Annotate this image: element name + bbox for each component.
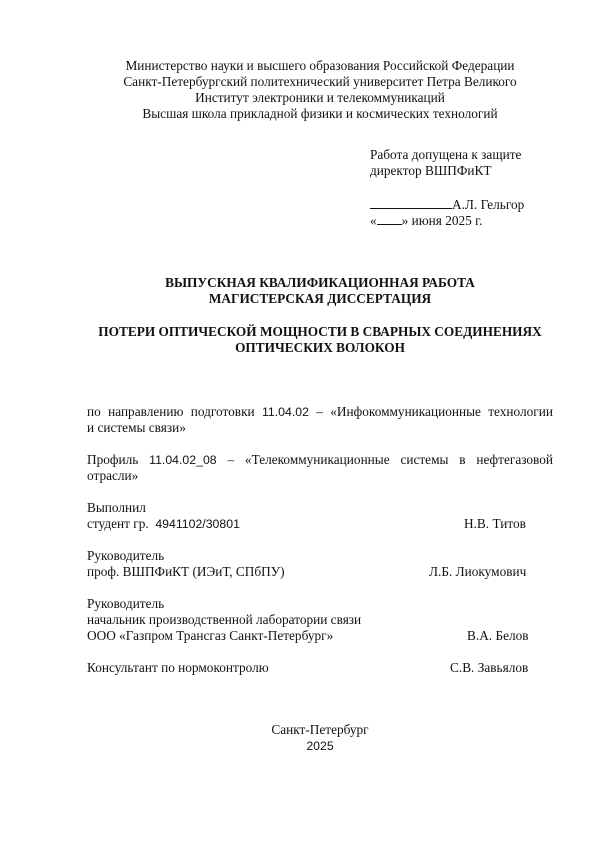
approval-line-2: директор ВШПФиКТ	[370, 163, 524, 179]
thesis-topic-line-2: ОПТИЧЕСКИХ ВОЛОКОН	[0, 340, 595, 356]
direction-paragraph: по направлению подготовки 11.04.02 – «Ин…	[87, 404, 553, 436]
supervisor-role: Руководитель	[87, 548, 553, 564]
profile-prefix: Профиль	[87, 452, 149, 467]
date-rest: » июня 2025 г.	[402, 213, 483, 228]
degree-type: МАГИСТЕРСКАЯ ДИССЕРТАЦИЯ	[0, 291, 595, 307]
footer: Санкт-Петербург 2025	[0, 722, 595, 754]
institute-name: Институт электроники и телекоммуникаций	[0, 90, 595, 106]
city: Санкт-Петербург	[0, 722, 595, 738]
work-type: ВЫПУСКНАЯ КВАЛИФИКАЦИОННАЯ РАБОТА	[0, 275, 595, 291]
signature-line: А.Л. Гельгор	[370, 196, 524, 212]
thesis-topic-line-1: ПОТЕРИ ОПТИЧЕСКОЙ МОЩНОСТИ В СВАРНЫХ СОЕ…	[0, 324, 595, 340]
profile-code: 11.04.02_08	[149, 453, 216, 467]
author-position-prefix: студент гр.	[87, 516, 155, 531]
co-supervisor-block: Руководитель начальник производственной …	[87, 596, 553, 644]
direction-text-line-2: и системы связи»	[87, 420, 553, 436]
co-supervisor-position-1: начальник производственной лаборатории с…	[87, 612, 553, 628]
ministry-name: Министерство науки и высшего образования…	[0, 58, 595, 74]
consultant-row: Консультант по нормоконтролю С.В. Завьял…	[87, 660, 553, 676]
profile-paragraph: Профиль 11.04.02_08 – «Телекоммуникацион…	[87, 452, 553, 484]
approval-date: «» июня 2025 г.	[370, 212, 524, 228]
university-name: Санкт-Петербургский политехнический унив…	[0, 74, 595, 90]
consultant-name: С.В. Завьялов	[450, 660, 528, 676]
co-supervisor-position-2: ООО «Газпром Трансгаз Санкт-Петербург»	[87, 628, 333, 643]
supervisor-position: проф. ВШПФиКТ (ИЭиТ, СПбПУ)	[87, 564, 285, 579]
consultant-block: Консультант по нормоконтролю С.В. Завьял…	[87, 660, 553, 676]
approval-signatory: А.Л. Гельгор	[452, 197, 524, 212]
institution-header: Министерство науки и высшего образования…	[0, 58, 595, 122]
approval-block: Работа допущена к защите директор ВШПФиК…	[370, 147, 524, 228]
approval-line-1: Работа допущена к защите	[370, 147, 524, 163]
author-name: Н.В. Титов	[464, 516, 526, 532]
title-block: ВЫПУСКНАЯ КВАЛИФИКАЦИОННАЯ РАБОТА МАГИСТ…	[0, 275, 595, 356]
school-name: Высшая школа прикладной физики и космиче…	[0, 106, 595, 122]
author-role: Выполнил	[87, 500, 553, 516]
author-group: 4941102/30801	[155, 517, 240, 531]
direction-prefix: по направлению подготовки	[87, 404, 262, 419]
consultant-role: Консультант по нормоконтролю	[87, 660, 269, 675]
supervisor-name: Л.Б. Лиокумович	[429, 564, 526, 580]
date-open-quote: «	[370, 213, 377, 228]
direction-code: 11.04.02	[262, 405, 309, 419]
supervisor-position-row: проф. ВШПФиКТ (ИЭиТ, СПбПУ) Л.Б. Лиокумо…	[87, 564, 553, 580]
profile-text: – «Телекоммуникационные системы в нефтег…	[217, 452, 553, 467]
co-supervisor-role: Руководитель	[87, 596, 553, 612]
year: 2025	[0, 738, 595, 754]
day-blank	[377, 212, 402, 225]
co-supervisor-name: В.А. Белов	[467, 628, 529, 644]
author-position: студент гр. 4941102/30801 Н.В. Титов	[87, 516, 553, 532]
co-supervisor-position-row: ООО «Газпром Трансгаз Санкт-Петербург» В…	[87, 628, 553, 644]
direction-text: – «Инфокоммуникационные технологии	[309, 404, 553, 419]
author-block: Выполнил студент гр. 4941102/30801 Н.В. …	[87, 500, 553, 532]
signature-blank	[370, 196, 452, 209]
profile-text-line-2: отрасли»	[87, 468, 553, 484]
supervisor-block: Руководитель проф. ВШПФиКТ (ИЭиТ, СПбПУ)…	[87, 548, 553, 580]
